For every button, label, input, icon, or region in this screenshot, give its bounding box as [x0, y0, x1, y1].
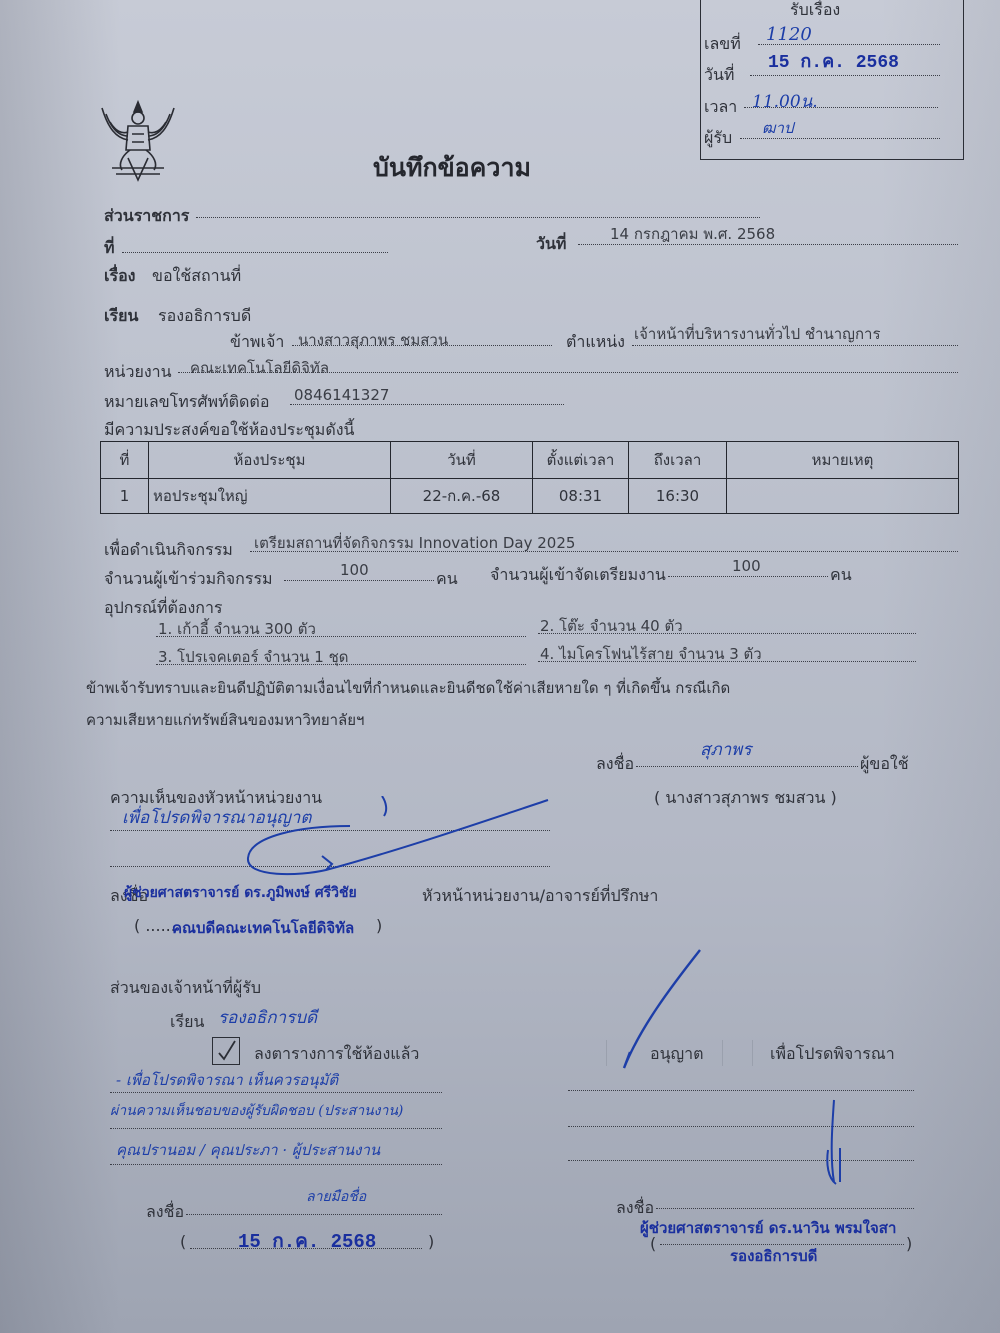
agreement-line-2: ความเสียหายแก่ทรัพย์สินของมหาวิทยาลัยฯ — [86, 708, 364, 732]
cell-date: 22-ก.ค.-68 — [391, 479, 533, 514]
date-value: 14 กรกฎาคม พ.ศ. 2568 — [610, 222, 775, 246]
approval-signature-stroke — [822, 1098, 852, 1188]
agreement-line-1: ข้าพเจ้ารับทราบและยินดีปฏิบัติตามเงื่อนไ… — [86, 676, 730, 700]
room-request-table: ที่ ห้องประชุม วันที่ ตั้งแต่เวลา ถึงเวล… — [100, 441, 959, 514]
participants-line — [284, 580, 434, 581]
unit-value: คณะเทคโนโลยีดิจิทัล — [190, 356, 329, 380]
approval-check-stroke — [610, 948, 710, 1072]
officer-to-handwritten: รองอธิการบดี — [218, 1004, 317, 1031]
ref-line — [122, 252, 388, 253]
officer-sign-label: ลงชื่อ — [146, 1200, 184, 1225]
purpose-value: เตรียมสถานที่จัดกิจกรรม Innovation Day 2… — [254, 531, 575, 555]
receive-number-label: เลขที่ — [704, 32, 741, 57]
receive-date-stamp: 15 ก.ค. 2568 — [768, 46, 899, 75]
cell-from: 08:31 — [533, 479, 629, 514]
applicant-sign-line — [636, 766, 858, 767]
cell-room: หอประชุมใหญ่ — [149, 479, 391, 514]
approval-name-open: ( — [650, 1234, 656, 1253]
participants-value: 100 — [340, 561, 369, 579]
agency-line — [196, 217, 760, 218]
receive-time-label: เวลา — [704, 95, 737, 120]
officer-note-line-1 — [110, 1092, 442, 1093]
to-value: รองอธิการบดี — [158, 304, 251, 329]
participants-unit: คน — [436, 567, 458, 592]
phone-value: 0846141327 — [294, 386, 389, 404]
equipment-item: 3. โปรเจคเตอร์ จำนวน 1 ชุด — [158, 645, 349, 669]
officer-date-close: ) — [428, 1232, 434, 1251]
officer-date-open: ( — [180, 1232, 186, 1251]
table-header-row: ที่ ห้องประชุม วันที่ ตั้งแต่เวลา ถึงเวล… — [101, 442, 959, 479]
receive-stamp-box — [700, 0, 964, 160]
officer-section-label: ส่วนของเจ้าหน้าที่ผู้รับ — [110, 976, 261, 1001]
agency-label: ส่วนราชการ — [104, 204, 189, 229]
head-position-close: ) — [376, 916, 382, 935]
head-position-open: ( ...... — [134, 916, 176, 935]
phone-line — [290, 404, 564, 405]
staff-unit: คน — [830, 563, 852, 588]
table-row: 1 หอประชุมใหญ่ 22-ก.ค.-68 08:31 16:30 — [101, 479, 959, 514]
staff-value: 100 — [732, 557, 761, 575]
cell-to: 16:30 — [629, 479, 727, 514]
subject-label: เรื่อง — [104, 264, 135, 289]
approval-line-1 — [568, 1090, 914, 1091]
staff-label: จำนวนผู้เข้าจัดเตรียมงาน — [490, 563, 666, 588]
approval-line-2 — [568, 1126, 914, 1127]
applicant-value: นางสาวสุภาพร ชมสวน — [298, 328, 448, 352]
col-date: วันที่ — [391, 442, 533, 479]
officer-note: คุณปรานอม / คุณประภา · ผู้ประสานงาน — [116, 1138, 380, 1162]
position-label: ตำแหน่ง — [566, 330, 625, 355]
officer-note: - เพื่อโปรดพิจารณา เห็นควรอนุมัติ — [116, 1068, 338, 1092]
phone-label: หมายเลขโทรศัพท์ติดต่อ — [104, 390, 269, 415]
intent-text: มีความประสงค์ขอใช้ห้องประชุมดังนี้ — [104, 418, 354, 443]
approval-sign-line — [656, 1208, 914, 1209]
equipment-item: 1. เก้าอี้ จำนวน 300 ตัว — [158, 617, 316, 641]
receive-box-title: รับเรื่อง — [790, 0, 840, 23]
staff-line — [668, 576, 828, 577]
cell-no: 1 — [101, 479, 149, 514]
approval-name-close: ) — [906, 1234, 912, 1253]
applicant-signature: สุภาพร — [700, 736, 751, 763]
applicant-label: ข้าพเจ้า — [230, 330, 284, 355]
divider — [752, 1040, 753, 1066]
approval-position-stamp: รองอธิการบดี — [730, 1244, 817, 1268]
receive-date-line — [750, 75, 940, 76]
position-value: เจ้าหน้าที่บริหารงานทั่วไป ชำนาญการ — [634, 322, 881, 346]
officer-sign-line — [186, 1214, 442, 1215]
col-room: ห้องประชุม — [149, 442, 391, 479]
garuda-emblem-icon — [98, 98, 178, 184]
participants-label: จำนวนผู้เข้าร่วมกิจกรรม — [104, 567, 273, 592]
receiver-signature: ฒาป — [762, 116, 794, 140]
applicant-role: ผู้ขอใช้ — [860, 752, 909, 777]
consider-option[interactable]: เพื่อโปรดพิจารณา — [770, 1042, 895, 1067]
approval-signer-stamp: ผู้ช่วยศาสตราจารย์ ดร.นาวิน พรมใจสา — [640, 1216, 896, 1240]
unit-label: หน่วยงาน — [104, 360, 172, 385]
divider — [606, 1040, 607, 1066]
purpose-label: เพื่อดำเนินกิจกรรม — [104, 538, 233, 563]
equipment-item: 4. ไมโครโฟนไร้สาย จำนวน 3 ตัว — [540, 642, 762, 666]
check-mark-icon — [213, 1038, 239, 1064]
receiver-label: ผู้รับ — [704, 126, 732, 151]
col-to: ถึงเวลา — [629, 442, 727, 479]
officer-note-line-3 — [110, 1164, 442, 1165]
applicant-name: ( นางสาวสุภาพร ชมสวน ) — [654, 786, 837, 811]
receive-date-label: วันที่ — [704, 63, 734, 88]
room-scheduled-checkbox[interactable] — [212, 1037, 240, 1065]
head-signer-stamp: ผู้ช่วยศาสตราจารย์ ดร.ภูมิพงษ์ ศรีวิชัย — [124, 882, 357, 904]
head-position-stamp: คณบดีคณะเทคโนโลยีดิจิทัล — [172, 916, 354, 940]
document-title: บันทึกข้อความ — [373, 148, 531, 188]
head-signature-stroke — [240, 796, 560, 886]
officer-note-line-2 — [110, 1128, 442, 1129]
applicant-sign-label: ลงชื่อ — [596, 752, 634, 777]
receive-number-value: 1120 — [766, 24, 812, 45]
officer-date-stamp: 15 ก.ค. 2568 — [238, 1226, 376, 1256]
officer-note: ผ่านความเห็นชอบของผู้รับผิดชอบ (ประสานงา… — [110, 1100, 403, 1122]
equipment-item: 2. โต๊ะ จำนวน 40 ตัว — [540, 614, 683, 638]
receive-time-value: 11.00น. — [752, 88, 818, 115]
officer-to-label: เรียน — [170, 1010, 204, 1035]
officer-signature: ลายมือชื่อ — [306, 1186, 366, 1208]
col-no: ที่ — [101, 442, 149, 479]
subject-value: ขอใช้สถานที่ — [152, 264, 241, 289]
col-from: ตั้งแต่เวลา — [533, 442, 629, 479]
approval-line-3 — [568, 1160, 914, 1161]
col-remark: หมายเหตุ — [727, 442, 959, 479]
cell-remark — [727, 479, 959, 514]
head-role: หัวหน้าหน่วยงาน/อาจารย์ที่ปรึกษา — [422, 884, 658, 909]
date-label: วันที่ — [536, 232, 566, 257]
to-label: เรียน — [104, 304, 138, 329]
room-scheduled-label: ลงตารางการใช้ห้องแล้ว — [254, 1042, 419, 1067]
divider — [722, 1040, 723, 1066]
ref-label: ที่ — [104, 236, 115, 261]
